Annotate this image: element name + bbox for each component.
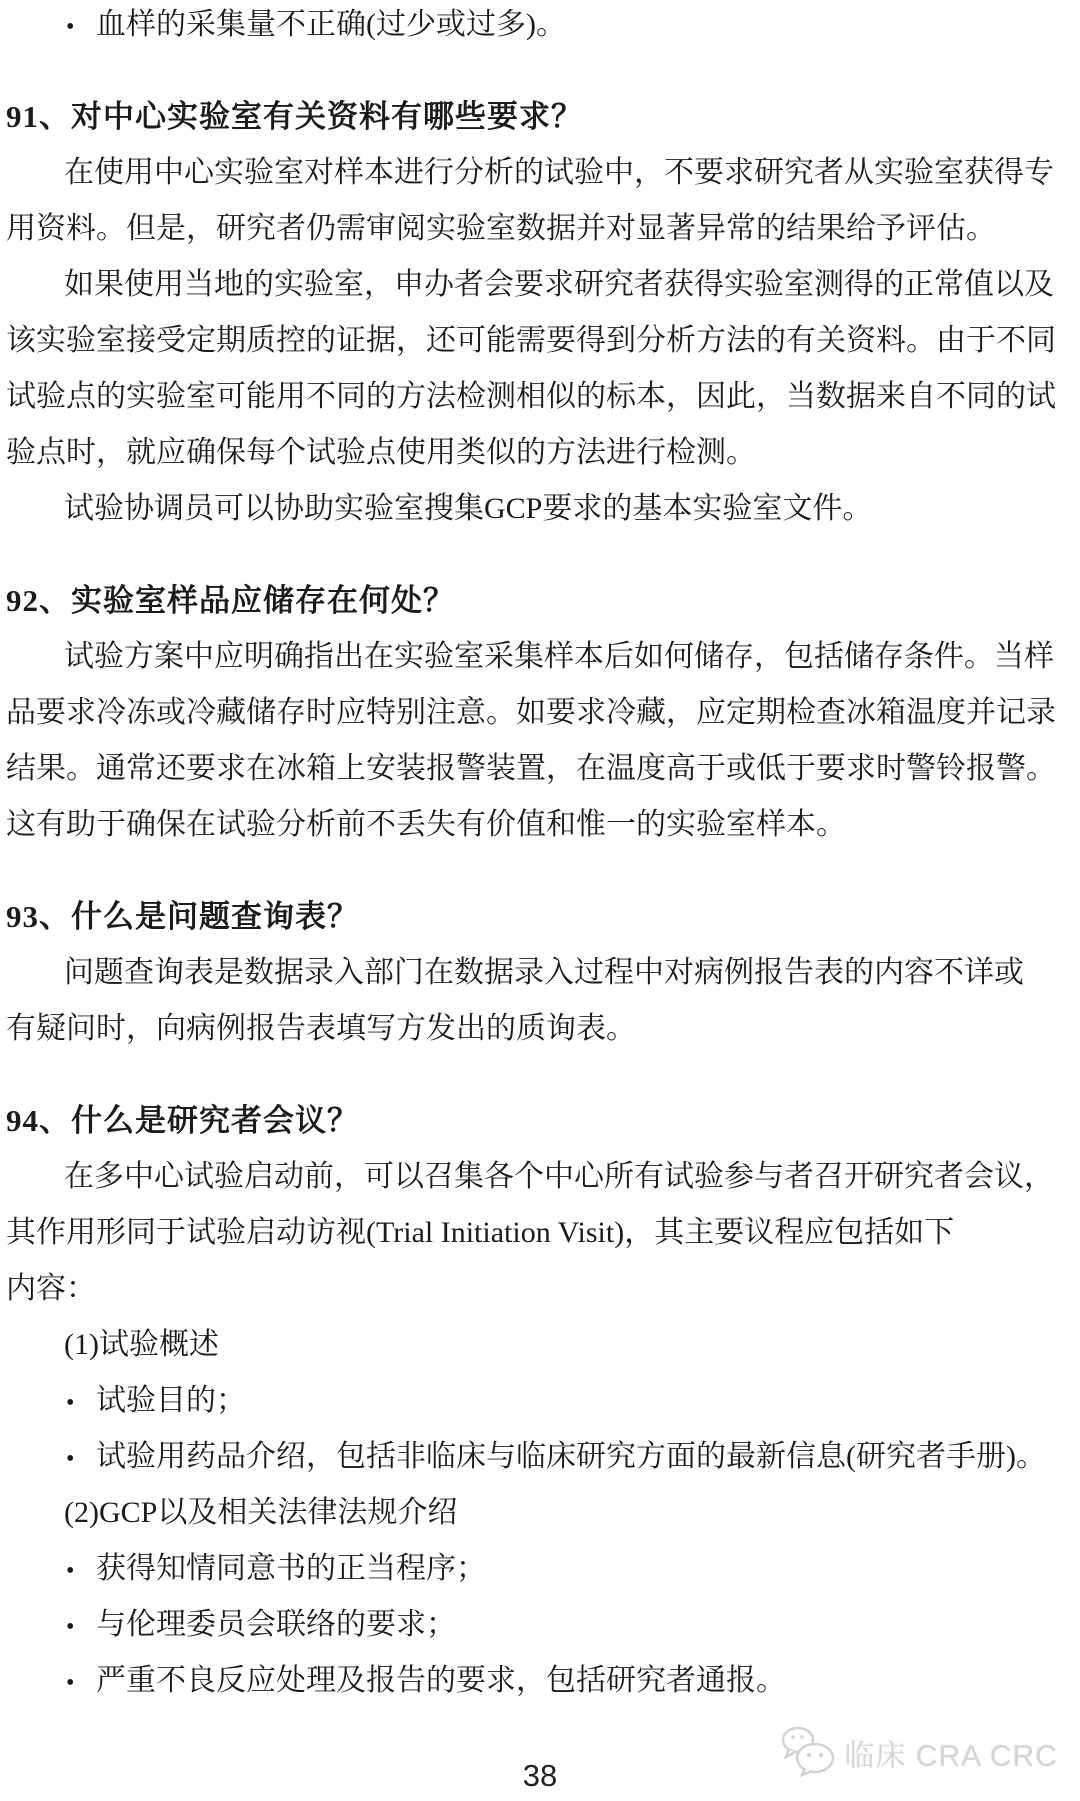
bullet-icon: • [66, 1375, 96, 1429]
document-content: •血样的采集量不正确(过少或过多)。91、对中心实验室有关资料有哪些要求？在使用… [6, 0, 1074, 1709]
text-line: 有疑问时，向病例报告表填写方发出的质询表。 [6, 1001, 1074, 1057]
text-line: 验点时，就应确保每个试验点使用类似的方法进行检测。 [6, 425, 1074, 481]
bullet-text: 严重不良反应处理及报告的要求，包括研究者通报。 [96, 1664, 786, 1697]
text-line: •血样的采集量不正确(过少或过多)。 [6, 0, 1074, 53]
text-line: 试验方案中应明确指出在实验室采集样本后如何储存，包括储存条件。当样 [6, 629, 1074, 685]
text-line: 如果使用当地的实验室，申办者会要求研究者获得实验室测得的正常值以及 [6, 257, 1074, 313]
text-line: (1)试验概述 [6, 1317, 1074, 1373]
text-line: •严重不良反应处理及报告的要求，包括研究者通报。 [6, 1653, 1074, 1709]
document-page: •血样的采集量不正确(过少或过多)。91、对中心实验室有关资料有哪些要求？在使用… [0, 0, 1080, 1801]
text-line: 其作用形同于试验启动访视(Trial Initiation Visit)，其主要… [6, 1205, 1074, 1261]
text-line: •获得知情同意书的正当程序； [6, 1541, 1074, 1597]
bullet-icon: • [66, 1655, 96, 1709]
text-line: 在使用中心实验室对样本进行分析的试验中，不要求研究者从实验室获得专 [6, 145, 1074, 201]
bullet-icon: • [66, 1543, 96, 1597]
text-line: 用资料。但是，研究者仍需审阅实验室数据并对显著异常的结果给予评估。 [6, 201, 1074, 257]
question-heading: 91、对中心实验室有关资料有哪些要求？ [6, 89, 1074, 145]
text-line: 在多中心试验启动前，可以召集各个中心所有试验参与者召开研究者会议， [6, 1149, 1074, 1205]
text-line: •试验目的； [6, 1373, 1074, 1429]
bullet-text: 与伦理委员会联络的要求； [96, 1608, 456, 1641]
text-line: 结果。通常还要求在冰箱上安装报警装置，在温度高于或低于要求时警铃报警。 [6, 741, 1074, 797]
text-line: •试验用药品介绍，包括非临床与临床研究方面的最新信息(研究者手册)。 [6, 1429, 1074, 1485]
bullet-icon: • [66, 0, 96, 53]
bullet-text: 获得知情同意书的正当程序； [96, 1552, 486, 1585]
text-line: 这有助于确保在试验分析前不丢失有价值和惟一的实验室样本。 [6, 797, 1074, 853]
text-line: 内容： [6, 1261, 1074, 1317]
text-line: 问题查询表是数据录入部门在数据录入过程中对病例报告表的内容不详或 [6, 945, 1074, 1001]
bullet-text: 试验用药品介绍，包括非临床与临床研究方面的最新信息(研究者手册)。 [96, 1440, 1046, 1473]
question-heading: 92、实验室样品应储存在何处？ [6, 573, 1074, 629]
text-line: 品要求冷冻或冷藏储存时应特别注意。如要求冷藏，应定期检查冰箱温度并记录 [6, 685, 1074, 741]
page-number: 38 [0, 1758, 1080, 1794]
question-heading: 93、什么是问题查询表？ [6, 889, 1074, 945]
bullet-icon: • [66, 1599, 96, 1653]
bullet-icon: • [66, 1431, 96, 1485]
bullet-text: 试验目的； [96, 1384, 246, 1417]
text-line: 该实验室接受定期质控的证据，还可能需要得到分析方法的有关资料。由于不同 [6, 313, 1074, 369]
text-line: •与伦理委员会联络的要求； [6, 1597, 1074, 1653]
question-heading: 94、什么是研究者会议？ [6, 1093, 1074, 1149]
text-line: 试验协调员可以协助实验室搜集GCP要求的基本实验室文件。 [6, 481, 1074, 537]
text-line: 试验点的实验室可能用不同的方法检测相似的标本，因此，当数据来自不同的试 [6, 369, 1074, 425]
text-line: (2)GCP以及相关法律法规介绍 [6, 1485, 1074, 1541]
bullet-text: 血样的采集量不正确(过少或过多)。 [96, 8, 566, 41]
